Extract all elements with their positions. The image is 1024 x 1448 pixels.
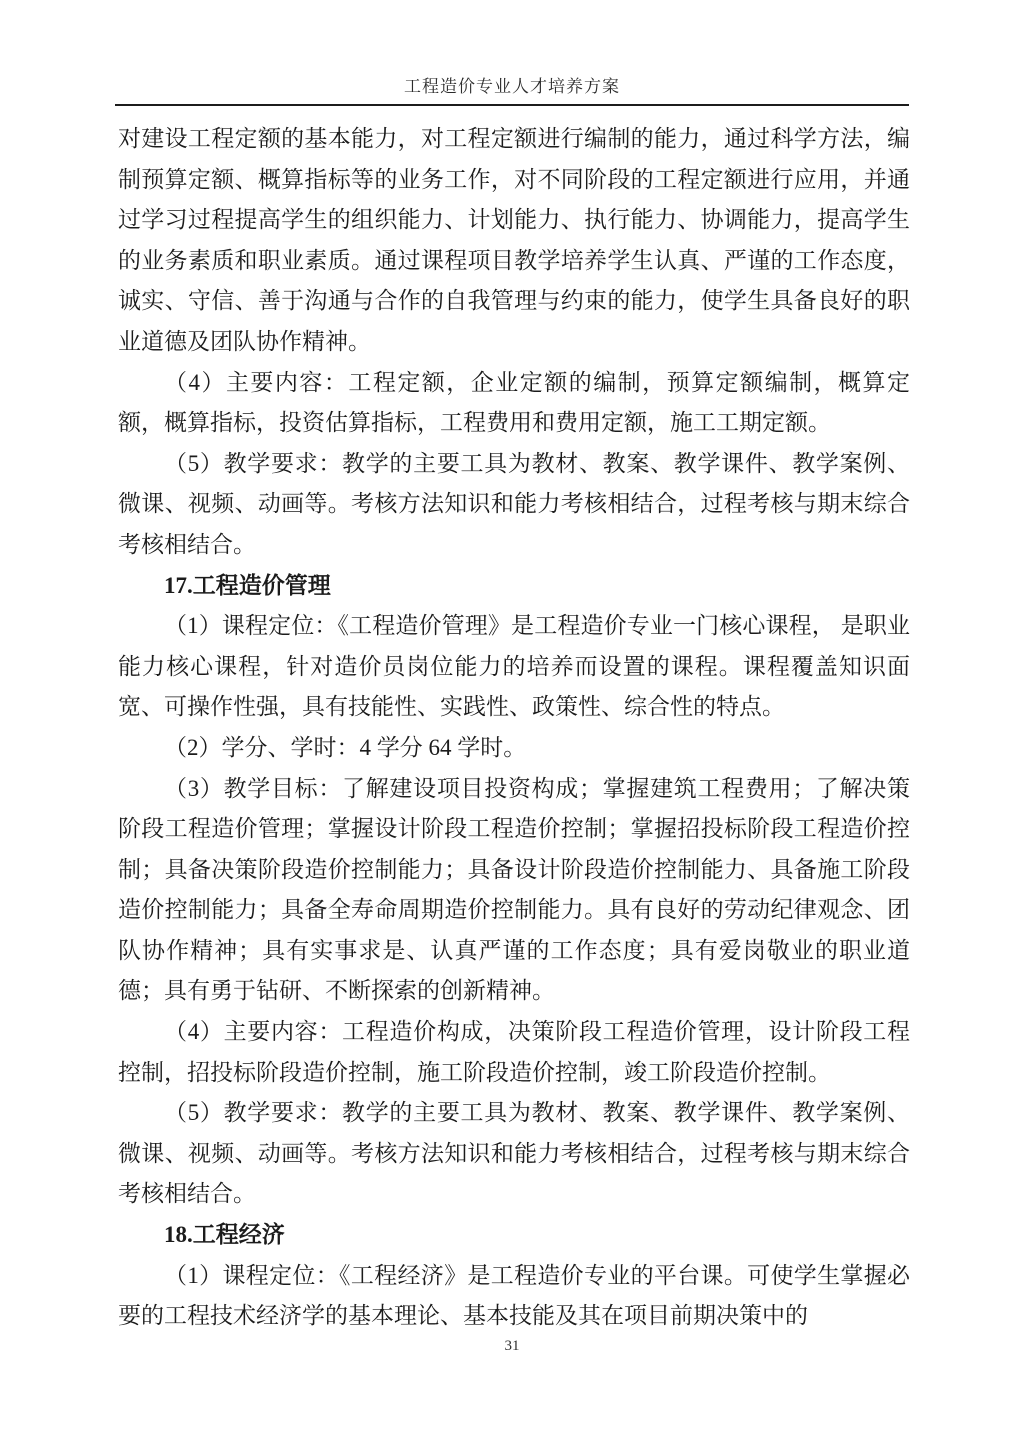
paragraph: （1）课程定位：《工程经济》是工程造价专业的平台课。可使学生掌握必要的工程技术经… (118, 1256, 910, 1337)
paragraph: （4）主要内容：工程定额，企业定额的编制，预算定额编制，概算定额，概算指标，投资… (118, 363, 910, 444)
paragraph: （3）教学目标：了解建设项目投资构成；掌握建筑工程费用；了解决策阶段工程造价管理… (118, 769, 910, 1013)
page-number: 31 (505, 1338, 520, 1354)
paragraph: （1）课程定位：《工程造价管理》是工程造价专业一门核心课程， 是职业能力核心课程… (118, 606, 910, 728)
section-heading-18: 18.工程经济 (118, 1215, 910, 1256)
paragraph: （4）主要内容：工程造价构成，决策阶段工程造价管理，设计阶段工程控制，招投标阶段… (118, 1012, 910, 1093)
page-header: 工程造价专业人才培养方案 (115, 72, 909, 106)
page-footer: 31 (0, 1338, 1024, 1355)
section-heading-17: 17.工程造价管理 (118, 566, 910, 607)
paragraph: （5）教学要求：教学的主要工具为教材、教案、教学课件、教学案例、微课、视频、动画… (118, 444, 910, 566)
document-page: 工程造价专业人才培养方案 对建设工程定额的基本能力，对工程定额进行编制的能力，通… (0, 0, 1024, 1448)
document-body: 对建设工程定额的基本能力，对工程定额进行编制的能力，通过科学方法，编制预算定额、… (118, 119, 910, 1337)
header-title: 工程造价专业人才培养方案 (404, 77, 620, 96)
paragraph: （2）学分、学时：4 学分 64 学时。 (118, 728, 910, 769)
paragraph: （5）教学要求：教学的主要工具为教材、教案、教学课件、教学案例、微课、视频、动画… (118, 1093, 910, 1215)
paragraph: 对建设工程定额的基本能力，对工程定额进行编制的能力，通过科学方法，编制预算定额、… (118, 119, 910, 363)
